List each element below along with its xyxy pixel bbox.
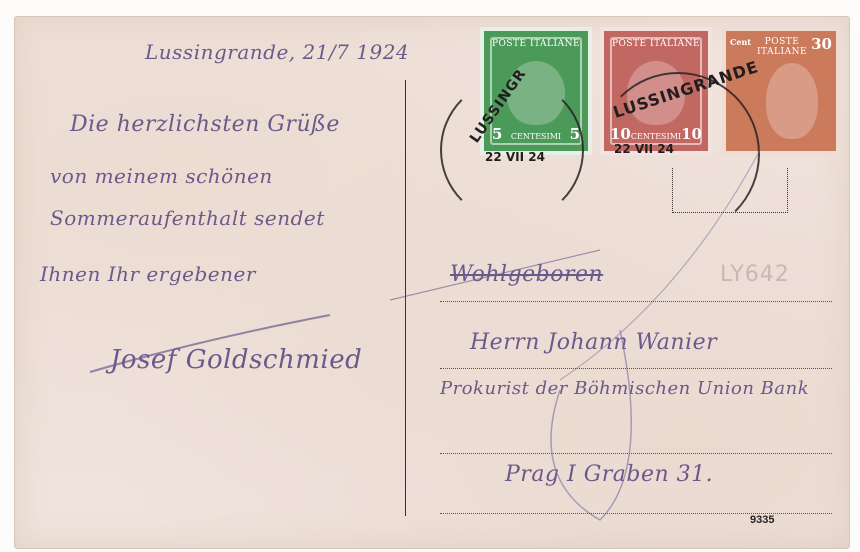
pen-strokes [0, 0, 860, 552]
serial-number: 9335 [750, 514, 774, 526]
